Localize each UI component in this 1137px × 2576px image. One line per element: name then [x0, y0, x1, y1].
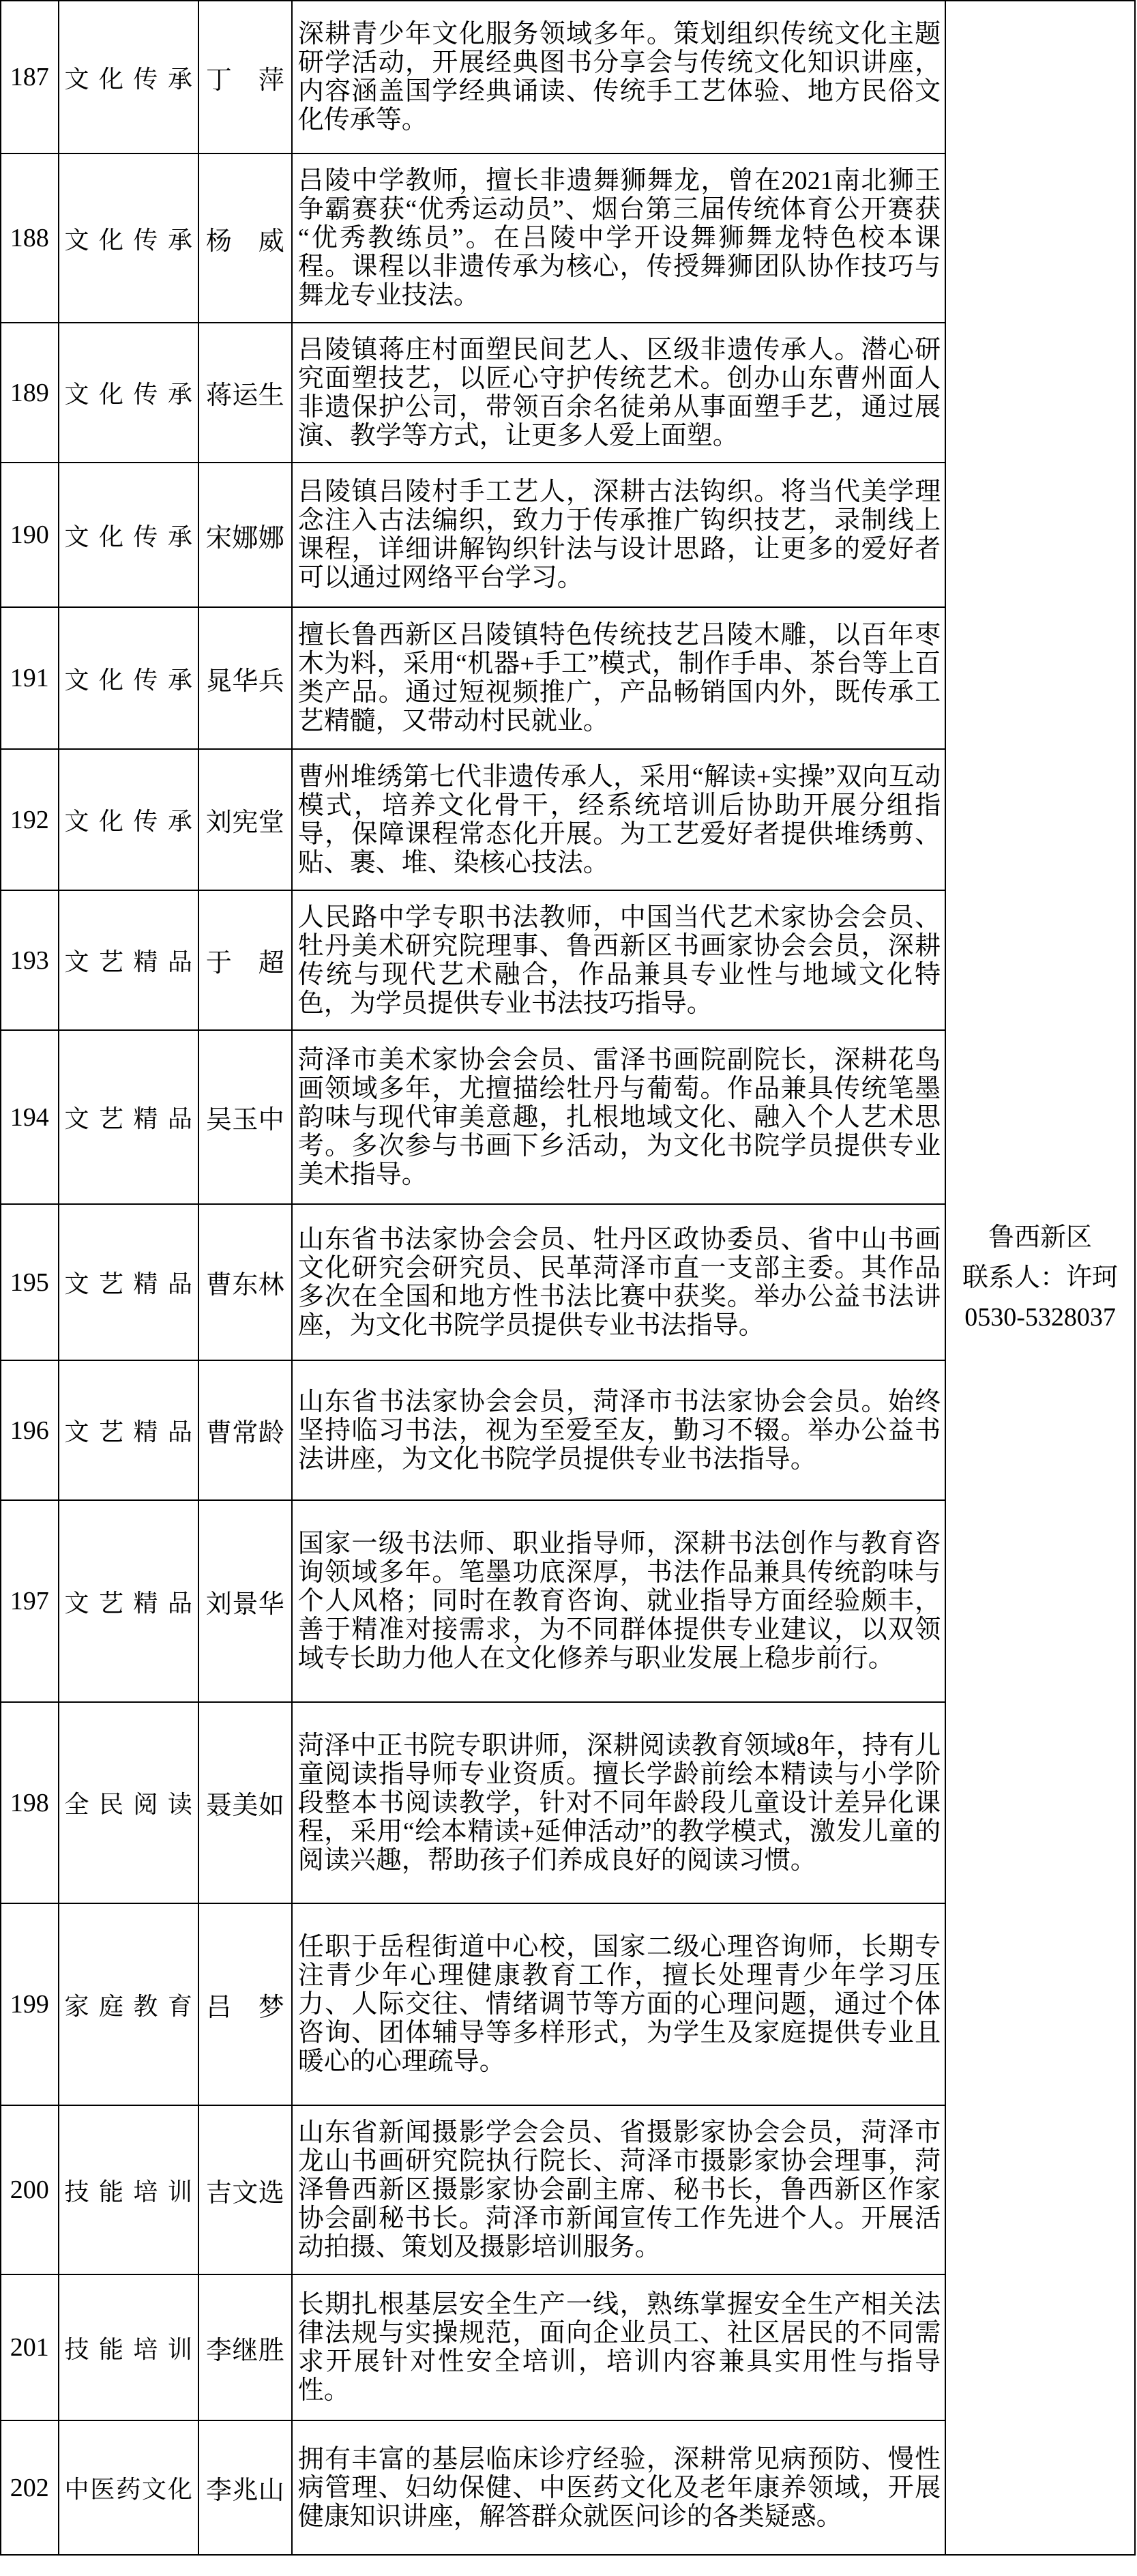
row-number: 194 [1, 1030, 59, 1204]
row-number: 196 [1, 1360, 59, 1500]
row-number: 187 [1, 1, 59, 153]
category-cell: 全民阅读 [59, 1702, 198, 1903]
category-cell: 文艺精品 [59, 1360, 198, 1500]
category-cell: 文化传承 [59, 463, 198, 607]
talent-roster-table: 187 文化传承 丁 萍 深耕青少年文化服务领域多年。策划组织传统文化主题研学活… [0, 0, 1136, 2556]
description-cell: 拥有丰富的基层临床诊疗经验，深耕常见病预防、慢性病管理、妇幼保健、中医药文化及老… [292, 2420, 945, 2555]
category-cell: 中医药文化 [59, 2420, 198, 2555]
name-cell: 李兆山 [198, 2420, 292, 2555]
category-cell: 文艺精品 [59, 1030, 198, 1204]
row-number: 202 [1, 2420, 59, 2555]
category-cell: 文化传承 [59, 323, 198, 463]
name-cell: 丁 萍 [198, 1, 292, 153]
row-number: 195 [1, 1204, 59, 1360]
description-cell: 长期扎根基层安全生产一线，熟练掌握安全生产相关法律法规与实操规范，面向企业员工、… [292, 2274, 945, 2420]
description-cell: 任职于岳程街道中心校，国家二级心理咨询师，长期专注青少年心理健康教育工作，擅长处… [292, 1903, 945, 2105]
description-cell: 吕陵中学教师，擅长非遗舞狮舞龙，曾在2021南北狮王争霸赛获“优秀运动员”、烟台… [292, 153, 945, 323]
description-cell: 擅长鲁西新区吕陵镇特色传统技艺吕陵木雕，以百年枣木为料，采用“机器+手工”模式，… [292, 607, 945, 749]
description-cell: 山东省书法家协会会员、牡丹区政协委员、省中山书画文化研究会研究员、民革菏泽市直一… [292, 1204, 945, 1360]
category-cell: 文化传承 [59, 1, 198, 153]
row-number: 197 [1, 1500, 59, 1702]
row-number: 193 [1, 890, 59, 1030]
category-cell: 文艺精品 [59, 1500, 198, 1702]
row-number: 199 [1, 1903, 59, 2105]
name-cell: 曹东林 [198, 1204, 292, 1360]
description-cell: 人民路中学专职书法教师，中国当代艺术家协会会员、牡丹美术研究院理事、鲁西新区书画… [292, 890, 945, 1030]
description-cell: 深耕青少年文化服务领域多年。策划组织传统文化主题研学活动，开展经典图书分享会与传… [292, 1, 945, 153]
row-number: 198 [1, 1702, 59, 1903]
name-cell: 刘景华 [198, 1500, 292, 1702]
row-number: 201 [1, 2274, 59, 2420]
name-cell: 吴玉中 [198, 1030, 292, 1204]
contact-region: 鲁西新区 [949, 1218, 1132, 1258]
category-cell: 文化传承 [59, 749, 198, 890]
row-number: 191 [1, 607, 59, 749]
description-cell: 吕陵镇蒋庄村面塑民间艺人、区级非遗传承人。潜心研究面塑技艺，以匠心守护传统艺术。… [292, 323, 945, 463]
description-cell: 山东省新闻摄影学会会员、省摄影家协会会员，菏泽市龙山书画研究院执行院长、菏泽市摄… [292, 2105, 945, 2274]
description-cell: 曹州堆绣第七代非遗传承人，采用“解读+实操”双向互动模式，培养文化骨干，经系统培… [292, 749, 945, 890]
category-cell: 文艺精品 [59, 1204, 198, 1360]
name-cell: 聂美如 [198, 1702, 292, 1903]
name-cell: 李继胜 [198, 2274, 292, 2420]
name-cell: 吕 梦 [198, 1903, 292, 2105]
description-cell: 菏泽市美术家协会会员、雷泽书画院副院长，深耕花鸟画领域多年，尤擅描绘牡丹与葡萄。… [292, 1030, 945, 1204]
name-cell: 杨 威 [198, 153, 292, 323]
description-cell: 山东省书法家协会会员，菏泽市书法家协会会员。始终坚持临习书法，视为至爱至友，勤习… [292, 1360, 945, 1500]
name-cell: 刘宪堂 [198, 749, 292, 890]
description-cell: 菏泽中正书院专职讲师，深耕阅读教育领域8年，持有儿童阅读指导师专业资质。擅长学龄… [292, 1702, 945, 1903]
contact-person: 联系人：许珂 [949, 1258, 1132, 1298]
category-cell: 文化传承 [59, 607, 198, 749]
row-number: 192 [1, 749, 59, 890]
row-number: 188 [1, 153, 59, 323]
name-cell: 蒋运生 [198, 323, 292, 463]
name-cell: 晁华兵 [198, 607, 292, 749]
row-number: 189 [1, 323, 59, 463]
contact-phone: 0530-5328037 [949, 1298, 1132, 1338]
category-cell: 技能培训 [59, 2274, 198, 2420]
description-cell: 吕陵镇吕陵村手工艺人，深耕古法钩织。将当代美学理念注入古法编织，致力于传承推广钩… [292, 463, 945, 607]
category-cell: 文化传承 [59, 153, 198, 323]
name-cell: 宋娜娜 [198, 463, 292, 607]
contact-cell: 鲁西新区 联系人：许珂 0530-5328037 [945, 1, 1135, 2555]
table-row: 187 文化传承 丁 萍 深耕青少年文化服务领域多年。策划组织传统文化主题研学活… [1, 1, 1135, 153]
row-number: 200 [1, 2105, 59, 2274]
description-cell: 国家一级书法师、职业指导师，深耕书法创作与教育咨询领域多年。笔墨功底深厚，书法作… [292, 1500, 945, 1702]
name-cell: 吉文选 [198, 2105, 292, 2274]
row-number: 190 [1, 463, 59, 607]
name-cell: 于 超 [198, 890, 292, 1030]
category-cell: 家庭教育 [59, 1903, 198, 2105]
name-cell: 曹常龄 [198, 1360, 292, 1500]
category-cell: 技能培训 [59, 2105, 198, 2274]
category-cell: 文艺精品 [59, 890, 198, 1030]
